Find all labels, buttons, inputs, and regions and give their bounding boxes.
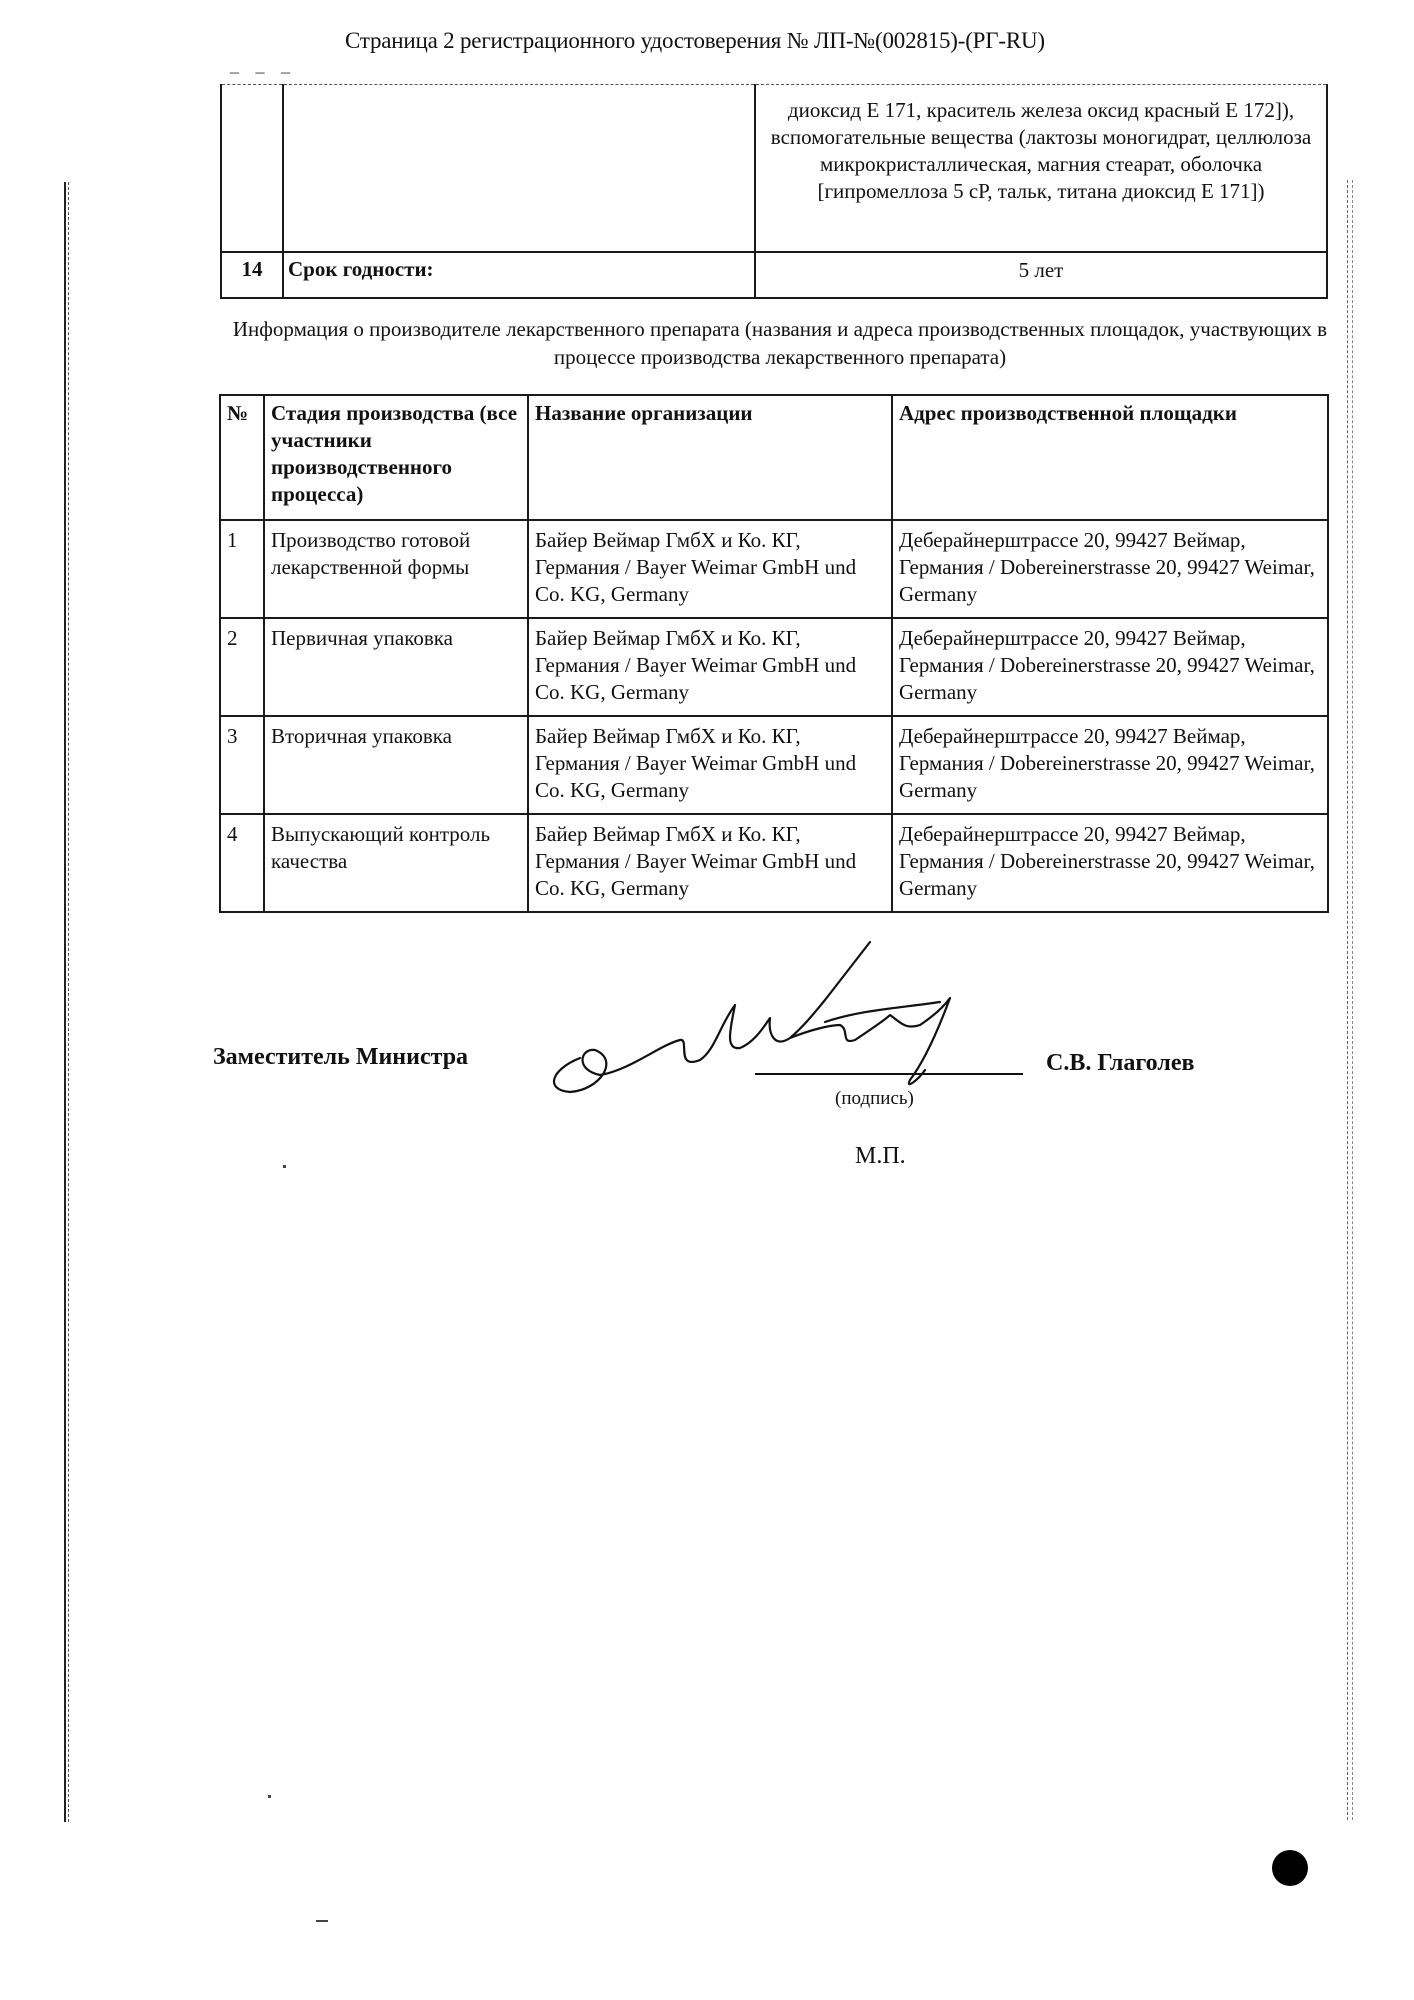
composition-continuation: диоксид Е 171, краситель железа оксид кр… [755,85,1327,253]
scan-artifact: _ _ _ [230,55,296,76]
binding-edge-line [1352,180,1353,1820]
row-address: Деберайнерштрассе 20, 99427 Веймар, Герм… [892,716,1328,814]
shelf-life-label: Срок годности: [283,252,755,298]
binding-edge-line [64,182,66,1822]
row-organization: Байер Веймар ГмбХ и Ко. КГ, Германия / B… [528,716,892,814]
row-address: Деберайнерштрассе 20, 99427 Веймар, Герм… [892,618,1328,716]
scan-speck [268,1795,271,1798]
column-header-address: Адрес производственной площадки [892,395,1328,520]
row-stage: Выпускающий контроль качества [264,814,528,912]
row-address: Деберайнерштрассе 20, 99427 Веймар, Герм… [892,520,1328,618]
signatory-name: С.В. Глаголев [1046,1050,1194,1077]
table-row-shelf-life: 14 Срок годности: 5 лет [221,252,1327,298]
row-label-cell [283,85,755,253]
row-number-cell [221,85,283,253]
page-header: Страница 2 регистрационного удостоверени… [345,28,1045,54]
signature-line [755,1073,1023,1075]
table-row: диоксид Е 171, краситель железа оксид кр… [221,85,1327,253]
binding-edge-line [1347,180,1348,1820]
row-stage: Производство готовой лекарственной формы [264,520,528,618]
row-number: 14 [221,252,283,298]
scan-speck [283,1165,286,1168]
table-row: 2 Первичная упаковка Байер Веймар ГмбХ и… [220,618,1328,716]
signatory-position: Заместитель Министра [213,1044,468,1071]
column-header-stage: Стадия производства (все участники произ… [264,395,528,520]
column-header-number: № [220,395,264,520]
manufacturer-section-title: Информация о производителе лекарственног… [225,315,1335,371]
binding-edge-line [68,182,69,1822]
row-number: 4 [220,814,264,912]
signature-caption: (подпись) [835,1088,914,1110]
shelf-life-value: 5 лет [755,252,1327,298]
scan-speck [316,1920,328,1922]
table-header-row: № Стадия производства (все участники про… [220,395,1328,520]
row-address: Деберайнерштрассе 20, 99427 Веймар, Герм… [892,814,1328,912]
row-organization: Байер Веймар ГмбХ и Ко. КГ, Германия / B… [528,520,892,618]
table-row: 4 Выпускающий контроль качества Байер Ве… [220,814,1328,912]
table-row: 1 Производство готовой лекарственной фор… [220,520,1328,618]
row-stage: Вторичная упаковка [264,716,528,814]
table-row: 3 Вторичная упаковка Байер Веймар ГмбХ и… [220,716,1328,814]
row-number: 3 [220,716,264,814]
punch-hole-mark [1272,1850,1308,1886]
column-header-organization: Название организации [528,395,892,520]
manufacturer-table: № Стадия производства (все участники про… [219,394,1329,913]
row-organization: Байер Веймар ГмбХ и Ко. КГ, Германия / B… [528,814,892,912]
row-organization: Байер Веймар ГмбХ и Ко. КГ, Германия / B… [528,618,892,716]
row-number: 2 [220,618,264,716]
row-stage: Первичная упаковка [264,618,528,716]
row-number: 1 [220,520,264,618]
spec-table-continuation: диоксид Е 171, краситель железа оксид кр… [220,84,1328,299]
stamp-place-mark: М.П. [855,1143,906,1170]
